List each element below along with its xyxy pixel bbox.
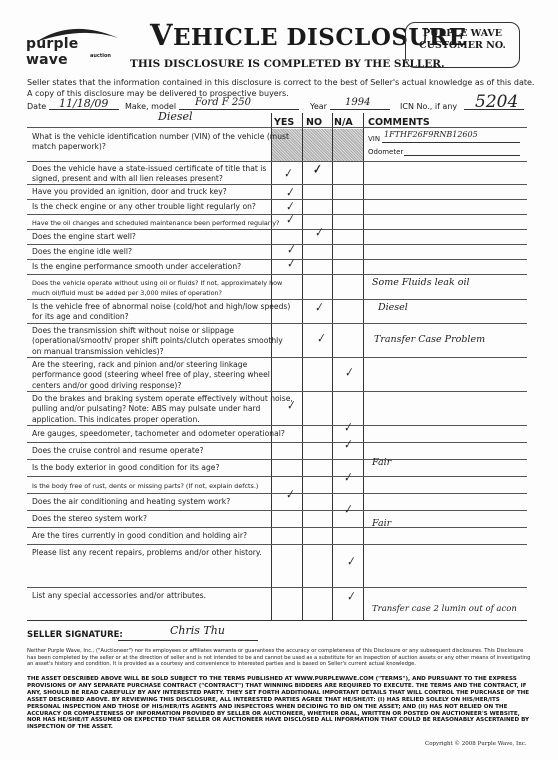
question-text: Does the engine start well? bbox=[32, 232, 294, 242]
question-text: Does the vehicle have a state-issued cer… bbox=[32, 164, 294, 185]
table-row: Have you provided an ignition, door and … bbox=[27, 184, 527, 199]
comment-transmission: Transfer Case Problem bbox=[374, 334, 485, 345]
question-text: Is the body exterior in good condition f… bbox=[32, 463, 294, 473]
table-row: Is the body free of rust, dents or missi… bbox=[27, 476, 527, 493]
icn-label: ICN No., if any bbox=[400, 102, 457, 111]
table-row: Is the vehicle free of abnormal noise (c… bbox=[27, 299, 527, 323]
copyright: Copyright © 2008 Purple Wave, Inc. bbox=[425, 741, 527, 747]
make-model-value: Ford F 250 bbox=[195, 97, 251, 108]
table-row: Have the oil changes and scheduled maint… bbox=[27, 214, 527, 229]
question-text: Does the cruise control and resume opera… bbox=[32, 446, 294, 456]
page-subtitle: THIS DISCLOSURE IS COMPLETED BY THE SELL… bbox=[130, 58, 445, 70]
question-text: List any special accessories and/or attr… bbox=[32, 591, 294, 601]
purple-wave-logo: purple wave auction bbox=[22, 24, 122, 60]
seller-signature-label: SELLER SIGNATURE: bbox=[27, 630, 123, 640]
comment-fluids: Some Fluids leak oil bbox=[372, 277, 470, 288]
vehicle-info-line: Date 11/18/09 Make, model Ford F 250 Yea… bbox=[27, 98, 547, 112]
table-row: Does the engine idle well? bbox=[27, 244, 527, 259]
icn-value: 5204 bbox=[475, 92, 518, 112]
comment-body-exterior: Fair bbox=[372, 457, 391, 468]
intro-statement: Seller states that the information conta… bbox=[27, 77, 534, 99]
vehicle-disclosure-form: purple wave auction VEHICLE DISCLOSURE T… bbox=[0, 0, 558, 760]
date-label: Date bbox=[27, 102, 46, 111]
table-row: Please list any recent repairs, problems… bbox=[27, 544, 527, 587]
logo-subtext: auction bbox=[90, 53, 111, 59]
disclaimer-text: Neither Purple Wave, Inc., ("Auctioneer"… bbox=[27, 648, 532, 668]
logo-text: purple wave bbox=[26, 36, 122, 68]
comment-tires: Fair bbox=[372, 518, 391, 529]
table-row: Does the cruise control and resume opera… bbox=[27, 442, 527, 459]
seller-signature-value: Chris Thu bbox=[170, 624, 225, 637]
customer-box-line1: PURPLE WAVE bbox=[406, 28, 519, 40]
question-text: Have the oil changes and scheduled maint… bbox=[32, 218, 294, 228]
table-row: Are the tires currently in good conditio… bbox=[27, 527, 527, 544]
title-initial: V bbox=[150, 18, 173, 52]
customer-box-line2: CUSTOMER NO. bbox=[406, 40, 519, 52]
question-text: Is the check engine or any other trouble… bbox=[32, 202, 294, 212]
question-text: What is the vehicle identification numbe… bbox=[32, 132, 294, 153]
table-row: Is the check engine or any other trouble… bbox=[27, 199, 527, 214]
table-row: Does the stereo system work? bbox=[27, 510, 527, 527]
question-text: Are the steering, rack and pinion and/or… bbox=[32, 360, 294, 391]
table-row: Are the steering, rack and pinion and/or… bbox=[27, 357, 527, 391]
table-row: What is the vehicle identification numbe… bbox=[27, 127, 527, 161]
question-text: Do the brakes and braking system operate… bbox=[32, 394, 294, 425]
comment-noise: Diesel bbox=[378, 302, 408, 313]
table-row: Do the brakes and braking system operate… bbox=[27, 391, 527, 425]
comment-accessories: Transfer case 2 lumin out of acon bbox=[372, 604, 532, 614]
question-text: Does the vehicle operate without using o… bbox=[32, 278, 294, 299]
date-value: 11/18/09 bbox=[59, 97, 108, 110]
year-label: Year bbox=[310, 102, 327, 111]
customer-number-box[interactable]: PURPLE WAVE CUSTOMER NO. bbox=[405, 22, 520, 68]
question-text: Please list any recent repairs, problems… bbox=[32, 548, 294, 558]
question-text: Does the stereo system work? bbox=[32, 514, 294, 524]
table-row: Are gauges, speedometer, tachometer and … bbox=[27, 425, 527, 442]
intro-line-1: Seller states that the information conta… bbox=[27, 77, 534, 88]
fuel-note: Diesel bbox=[158, 110, 193, 123]
question-text: Does the transmission shift without nois… bbox=[32, 326, 294, 357]
terms-text: THE ASSET DESCRIBED ABOVE WILL BE SOLD S… bbox=[27, 676, 532, 731]
question-text: Is the body free of rust, dents or missi… bbox=[32, 481, 294, 491]
question-text: Does the engine idle well? bbox=[32, 247, 294, 257]
seller-signature-field[interactable] bbox=[118, 640, 258, 641]
question-text: Is the engine performance smooth under a… bbox=[32, 262, 294, 272]
question-text: Is the vehicle free of abnormal noise (c… bbox=[32, 302, 294, 323]
table-bottom-rule bbox=[27, 620, 527, 621]
question-text: Have you provided an ignition, door and … bbox=[32, 187, 294, 197]
table-row: Does the vehicle have a state-issued cer… bbox=[27, 161, 527, 184]
table-row: Is the engine performance smooth under a… bbox=[27, 259, 527, 274]
question-text: Does the air conditioning and heating sy… bbox=[32, 497, 294, 507]
table-row: Does the engine start well? bbox=[27, 229, 527, 244]
table-row: Does the air conditioning and heating sy… bbox=[27, 493, 527, 510]
year-value: 1994 bbox=[345, 97, 370, 108]
table-row: Is the body exterior in good condition f… bbox=[27, 459, 527, 476]
question-text: Are the tires currently in good conditio… bbox=[32, 531, 294, 541]
question-text: Are gauges, speedometer, tachometer and … bbox=[32, 429, 294, 439]
